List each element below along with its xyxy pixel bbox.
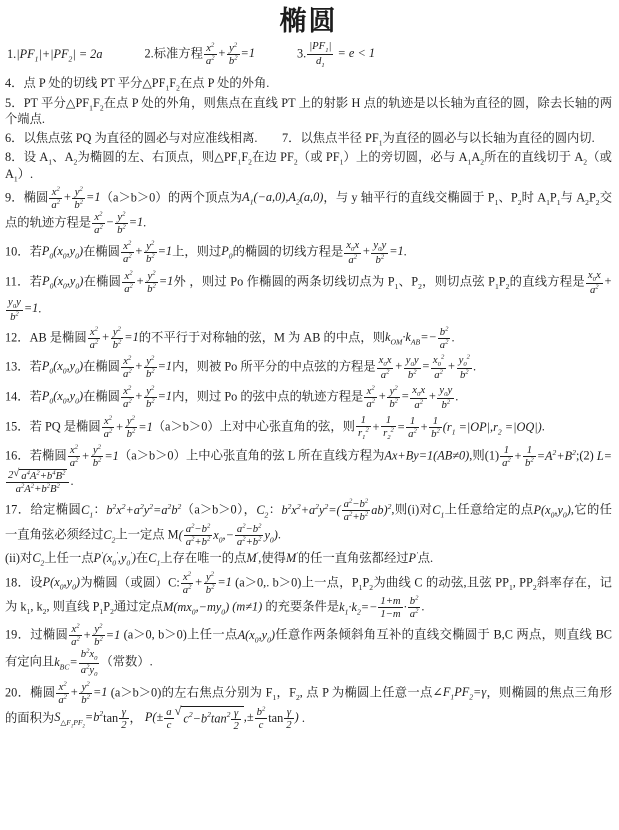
document-item: 4．点 P 处的切线 PT 平分△PF1F2在点 P 处的外角. — [5, 76, 612, 92]
document-item: 13．若P0(x0,y0)在椭圆x2a2+y2b2=1内，则被 Po 所平分的中… — [5, 354, 612, 381]
document-item: 9．椭圆x2a2+y2b2=1（a＞b＞0）的两个顶点为A1(−a,0),A2(… — [5, 186, 612, 236]
items-list: 4．点 P 处的切线 PT 平分△PF1F2在点 P 处的外角.5．PT 平分△… — [5, 76, 612, 731]
document-item: 8．设 A1、A2为椭圆的左、右顶点，则△PF1F2在边 PF2（或 PF1）上… — [5, 150, 612, 183]
document-item: 5．PT 平分△PF1F2在点 P 处的外角，则焦点在直线 PT 上的射影 H … — [5, 96, 612, 128]
document-item: 19．过椭圆x2a2+y2b2=1 (a＞0, b＞0)上任一点A(x0,y0)… — [5, 623, 612, 677]
formula-2: 2.标准方程x2a2+y2b2=1 — [144, 42, 255, 67]
formula-1: 1.|PF1|+|PF2| = 2a — [7, 47, 102, 63]
document-page: 椭圆 1.|PF1|+|PF2| = 2a 2.标准方程x2a2+y2b2=1 … — [0, 0, 619, 830]
document-item: 10．若P0(x0,y0)在椭圆x2a2+y2b2=1上，则过P0的椭圆的切线方… — [5, 239, 612, 266]
document-item: 17．给定椭圆C1：b2x2+a2y2=a2b2（a＞b＞0），C2：b2x2+… — [5, 498, 612, 548]
document-item: 15．若 PQ 是椭圆x2a2+y2b2=1（a＞b＞0）上对中心张直角的弦，则… — [5, 414, 612, 441]
document-item: 6．以焦点弦 PQ 为直径的圆必与对应准线相离. 7．以焦点半径 PF1为直径的… — [5, 131, 612, 147]
document-item: (ii)对C2上任一点P′(x0′,y0′)在C1上存在唯一的点M′,使得M′的… — [5, 551, 612, 567]
document-item: 20．椭圆x2a2+y2b2=1 (a＞b＞0)的左右焦点分别为 F1，F2, … — [5, 681, 612, 732]
page-title: 椭圆 — [5, 6, 612, 37]
document-item: 12．AB 是椭圆x2a2+y2b2=1的不平行于对称轴的弦，M 为 AB 的中… — [5, 326, 612, 351]
document-item: 16．若椭圆x2a2+y2b2=1（a＞b＞0）上中心张直角的弦 L 所在直线方… — [5, 444, 612, 495]
formula-3: 3.|PF1|d1 = e < 1 — [297, 40, 375, 69]
document-item: 14．若P0(x0,y0)在椭圆x2a2+y2b2=1内，则过 Po 的弦中点的… — [5, 384, 612, 411]
formula-row: 1.|PF1|+|PF2| = 2a 2.标准方程x2a2+y2b2=1 3.|… — [7, 40, 612, 69]
document-item: 18．设P(x0,y0)为椭圆（或圆）C:x2a2+y2b2=1 (a＞0,. … — [5, 571, 612, 621]
document-item: 11．若P0(x0,y0)在椭圆x2a2+y2b2=1外 ，则过 Po 作椭圆的… — [5, 269, 612, 323]
